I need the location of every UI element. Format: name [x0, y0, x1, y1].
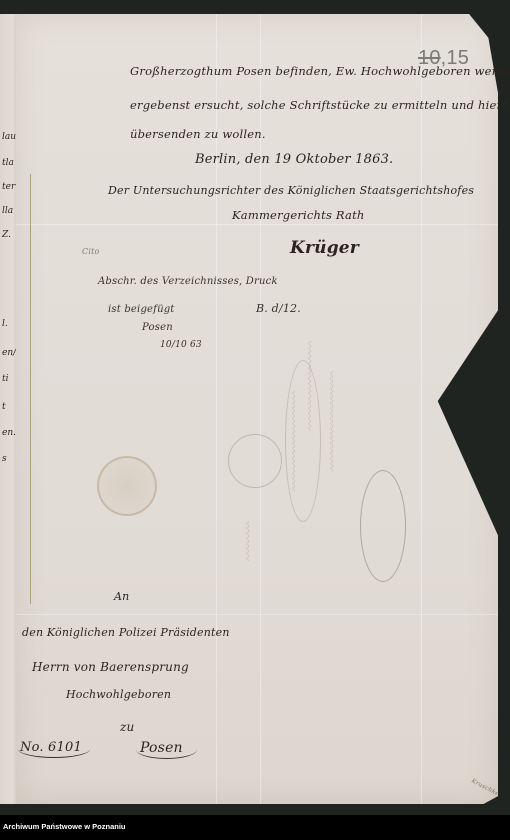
left-page-fragment: tla [2, 158, 14, 168]
archive-footer: Archiwum Państwowe w Poznaniu [0, 815, 510, 840]
paper-fold [16, 224, 498, 225]
left-page-fragment: lau [2, 132, 16, 142]
faint-stamp-mark [228, 434, 282, 488]
left-page-fragment: lla [2, 206, 13, 216]
left-page-fragment: l. [2, 319, 8, 329]
margin-note-line-2: ist beigefügt [108, 304, 175, 315]
margin-note-date: 10/10 63 [160, 340, 202, 350]
paper-fold [421, 14, 422, 804]
left-page-fragment: en. [2, 428, 16, 438]
left-page-fragment: ti [2, 374, 9, 384]
left-page-fragment: t [2, 402, 6, 412]
bleed-through-text: 〰〰〰〰〰〰〰〰〰 [303, 340, 318, 430]
address-line-2: Herrn von Baerensprung [32, 660, 189, 674]
archive-name: Archiwum Państwowe w Poznaniu [3, 822, 126, 831]
address-to: An [114, 590, 129, 603]
left-page-fragment: Z. [2, 230, 11, 240]
body-line-2: ergebenst ersucht, solche Schriftstücke … [130, 98, 510, 112]
signature: Krüger [290, 238, 359, 258]
margin-note-right: B. d/12. [256, 302, 301, 315]
paper-fold [16, 614, 498, 615]
address-line-3: Hochwohlgeboren [66, 688, 171, 701]
closing-line-2: Kammergerichts Rath [232, 208, 365, 222]
bleed-through-text: 〰〰〰〰〰〰〰〰〰〰 [325, 370, 340, 470]
body-line-3: übersenden zu wollen. [130, 127, 266, 141]
margin-note-line-1: Abschr. des Verzeichnisses, Druck [98, 276, 278, 287]
body-line-1: Großherzogthum Posen befinden, Ew. Hochw… [130, 64, 510, 78]
address-city: Posen [136, 740, 197, 759]
document-scan: lau tla ter lla Z. l. en/ ti t en. s 10,… [0, 0, 510, 815]
bleed-through-text: 〰〰〰〰 [241, 520, 256, 560]
cito-note: Cito [82, 247, 100, 256]
date-line: Berlin, den 19 Oktober 1863. [195, 152, 393, 167]
left-page-fragment: en/ [2, 348, 16, 358]
closing-line-1: Der Untersuchungsrichter des Königlichen… [108, 184, 474, 197]
left-page-fragment: ter [2, 182, 15, 192]
postal-stamp-mark [97, 456, 157, 516]
address-line-1: den Königlichen Polizei Präsidenten [22, 626, 230, 639]
previous-page-edge: lau tla ter lla Z. l. en/ ti t en. s [0, 14, 18, 804]
left-page-fragment: s [2, 454, 7, 464]
address-line-4: zu [120, 720, 134, 734]
document-number: No. 6101 [18, 740, 90, 758]
bleed-through-text: 〰〰〰〰〰〰〰〰〰〰 [287, 390, 302, 490]
bleed-through-oval [360, 470, 406, 582]
margin-note-line-3: Posen [142, 322, 173, 333]
binding-crease [30, 174, 31, 604]
